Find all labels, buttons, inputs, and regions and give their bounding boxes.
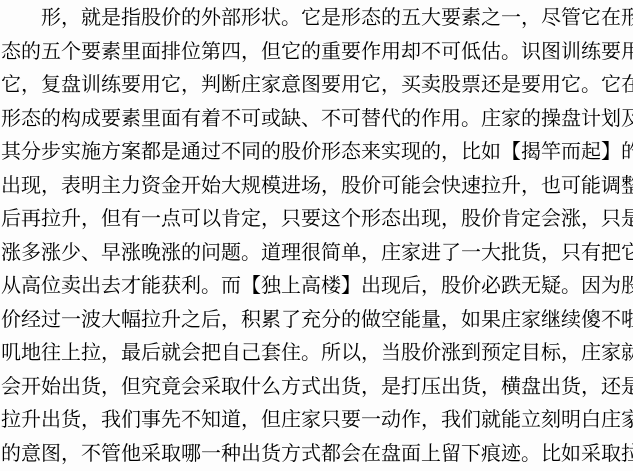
text-line: 涨多涨少、早涨晚涨的问题。道理很简单，庄家进了一大批货，只有把它 [0,237,633,271]
text-line: 它，复盘训练要用它，判断庄家意图要用它，买卖股票还是要用它。它在 [0,69,633,103]
text-line: 从高位卖出去才能获利。而【独上高楼】出现后，股价必跌无疑。因为股 [0,270,633,304]
text-line: 拉升出货，我们事先不知道，但庄家只要一动作，我们就能立刻明白庄家 [0,404,633,438]
text-line: 叽地往上拉，最后就会把自己套住。所以，当股价涨到预定目标，庄家就 [0,337,633,371]
text-line: 会开始出货，但究竟会采取什么方式出货，是打压出货，横盘出货，还是 [0,371,633,405]
text-line: 形，就是指股价的外部形状。它是形态的五大要素之一，尽管它在形 [0,2,633,36]
text-line: 价经过一波大幅拉升之后，积累了充分的做空能量，如果庄家继续傻不啦 [0,304,633,338]
document-page: 形，就是指股价的外部形状。它是形态的五大要素之一，尽管它在形 态的五个要素里面排… [0,0,633,471]
text-line: 后再拉升，但有一点可以肯定，只要这个形态出现，股价肯定会涨，只是 [0,203,633,237]
text-line: 其分步实施方案都是通过不同的股价形态来实现的，比如【揭竿而起】的 [0,136,633,170]
text-line: 态的五个要素里面排位第四，但它的重要作用却不可低估。识图训练要用 [0,36,633,70]
text-line: 出现，表明主力资金开始大规模进场，股价可能会快速拉升，也可能调整 [0,170,633,204]
text-line: 形态的构成要素里面有着不可或缺、不可替代的作用。庄家的操盘计划及 [0,103,633,137]
text-line: 的意图，不管他采取哪一种出货方式都会在盘面上留下痕迹。比如采取拉 [0,438,633,471]
